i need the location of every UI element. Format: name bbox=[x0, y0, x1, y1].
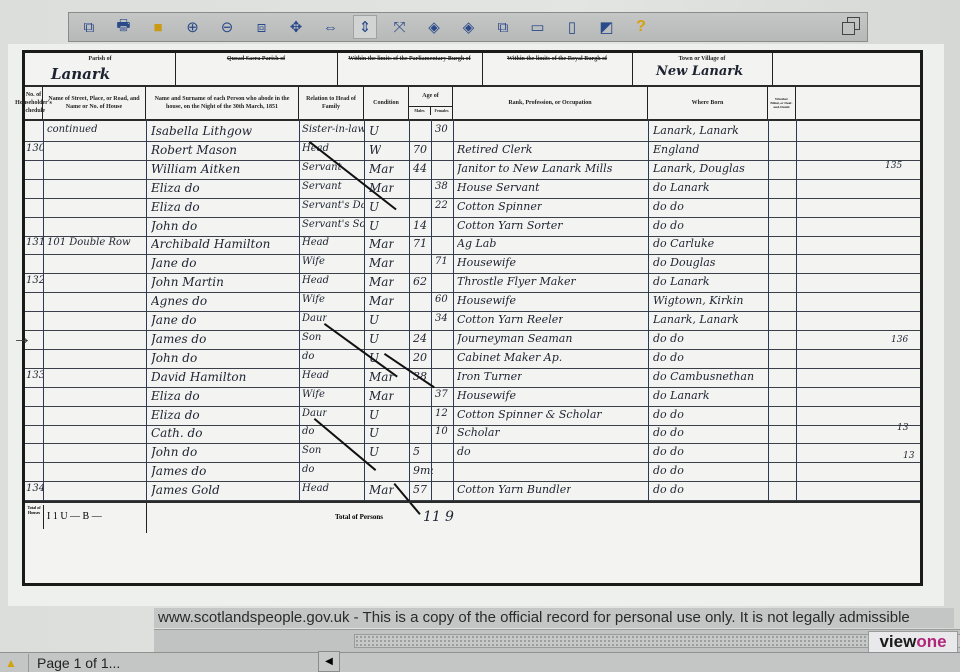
cell-name: James do bbox=[151, 464, 206, 478]
cell-name: James Gold bbox=[151, 483, 220, 497]
column-rule bbox=[768, 119, 769, 501]
cell-schedule: 134 bbox=[26, 483, 43, 494]
cell-born: do do bbox=[653, 332, 684, 345]
cell-relation: Son bbox=[302, 445, 321, 456]
cell-name: John do bbox=[151, 445, 197, 459]
col-age-label: Age of bbox=[422, 92, 439, 100]
col-females: Females bbox=[431, 107, 452, 115]
quoad-sacra-box: Quoad Sacra Parish of bbox=[175, 53, 338, 85]
cell-condition: U bbox=[369, 426, 379, 440]
quoad-sacra-label: Quoad Sacra Parish of bbox=[175, 56, 337, 62]
col-blind: Whether Blind, or Deaf-and-Dumb bbox=[768, 87, 796, 119]
cell-occupation: Cotton Yarn Reeler bbox=[457, 313, 563, 326]
col-street: Name of Street, Place, or Road, and Name… bbox=[43, 87, 146, 119]
royal-burgh-box: Within the limits of the Royal Burgh of bbox=[482, 53, 633, 85]
cell-name: Archibald Hamilton bbox=[151, 237, 270, 251]
cell-schedule: 133 bbox=[26, 370, 43, 381]
cell-male: 44 bbox=[413, 162, 427, 175]
viewer-toolbar: ⧉🖶■⊕⊖⧈✥⇔⇕⤧◈◈⧉▭▯◩? bbox=[68, 12, 868, 42]
zoom-in-icon[interactable]: ⊕ bbox=[181, 15, 205, 39]
cell-occupation: Ag Lab bbox=[457, 237, 496, 250]
cell-born: do Carluke bbox=[653, 237, 714, 250]
cell-occupation: Cotton Spinner bbox=[457, 200, 542, 213]
cell-born: Lanark, Lanark bbox=[653, 124, 739, 137]
cell-occupation: Iron Turner bbox=[457, 370, 522, 383]
census-row: Eliza doServant's DaurU22Cotton Spinnerd… bbox=[25, 199, 920, 218]
cell-relation: Head bbox=[302, 483, 329, 494]
totals-divider bbox=[25, 501, 920, 503]
cell-male: 14 bbox=[413, 219, 427, 232]
column-rule bbox=[43, 119, 44, 501]
cell-born: do do bbox=[653, 200, 684, 213]
cell-relation: Head bbox=[302, 275, 329, 286]
scroll-left-arrow-icon[interactable]: ◀ bbox=[318, 651, 340, 672]
column-rule bbox=[796, 119, 797, 501]
column-rule bbox=[299, 119, 300, 501]
census-row: 134James GoldHeadMar57Cotton Yarn Bundle… bbox=[25, 482, 920, 501]
census-row: 131101 Double RowArchibald HamiltonHeadM… bbox=[25, 236, 920, 255]
cell-condition: Mar bbox=[369, 294, 394, 308]
select-annotation-icon[interactable]: ■ bbox=[146, 15, 170, 39]
cell-female: 30 bbox=[435, 124, 448, 135]
cell-occupation: Cotton Yarn Bundler bbox=[457, 483, 571, 496]
cell-name: Isabella Lithgow bbox=[151, 124, 252, 138]
cell-name: Cath. do bbox=[151, 426, 202, 440]
cell-name: Jane do bbox=[151, 256, 197, 270]
rotate-right-icon[interactable]: ◈ bbox=[422, 15, 446, 39]
census-row: 132John MartinHeadMar62Throstle Flyer Ma… bbox=[25, 274, 920, 293]
cell-male: 57 bbox=[413, 483, 427, 496]
census-row: Eliza doServantMar38House Servantdo Lana… bbox=[25, 180, 920, 199]
cell-relation: do bbox=[302, 464, 314, 475]
census-row: 133David HamiltonHeadMar38Iron Turnerdo … bbox=[25, 369, 920, 388]
cell-female: 71 bbox=[435, 256, 448, 267]
cell-condition: U bbox=[369, 408, 379, 422]
town-label: Town or Village of bbox=[632, 56, 772, 62]
cell-occupation: Housewife bbox=[457, 294, 516, 307]
census-row: continuedIsabella LithgowSister-in-lawU3… bbox=[25, 123, 920, 142]
flip-icon[interactable]: ⧉ bbox=[491, 15, 515, 39]
cell-born: do do bbox=[653, 445, 684, 458]
fit-height-icon[interactable]: ⇕ bbox=[353, 15, 377, 39]
col-relation: Relation to Head of Family bbox=[299, 87, 364, 119]
census-row: John dodoU20Cabinet Maker Ap.do do bbox=[25, 350, 920, 369]
cell-condition: Mar bbox=[369, 389, 394, 403]
parish-box: Parish of Lanark bbox=[25, 53, 176, 85]
census-row: 130Robert MasonHeadW70Retired ClerkEngla… bbox=[25, 142, 920, 161]
cell-relation: do bbox=[302, 351, 314, 362]
cell-occupation: Scholar bbox=[457, 426, 500, 439]
page-indicator: Page 1 of 1... bbox=[28, 654, 327, 672]
cell-condition: Mar bbox=[369, 483, 394, 497]
cell-born: do do bbox=[653, 426, 684, 439]
logo-view: view bbox=[879, 632, 916, 651]
census-row: Cath. dodoU10Scholardo do bbox=[25, 425, 920, 444]
cell-occupation: Journeyman Seaman bbox=[457, 332, 572, 345]
fit-width-icon[interactable]: ⇔ bbox=[319, 15, 343, 39]
column-rule bbox=[431, 119, 432, 501]
census-row: Agnes doWifeMar60HousewifeWigtown, Kirki… bbox=[25, 293, 920, 312]
cell-male: 62 bbox=[413, 275, 427, 288]
cell-name: Eliza do bbox=[151, 408, 200, 422]
parliamentary-burgh-label: Within the limits of the Parliamentary B… bbox=[337, 56, 482, 62]
column-header-divider bbox=[25, 119, 920, 121]
cell-relation: Daur bbox=[302, 313, 327, 324]
col-condition: Condition bbox=[364, 87, 409, 119]
census-form: Parish of Lanark Quoad Sacra Parish of W… bbox=[22, 50, 923, 586]
copyright-watermark: www.scotlandspeople.gov.uk - This is a c… bbox=[154, 608, 954, 628]
margin-number: 135 bbox=[885, 161, 902, 171]
cell-occupation: Housewife bbox=[457, 389, 516, 402]
cell-born: do do bbox=[653, 408, 684, 421]
cell-name: Agnes do bbox=[151, 294, 207, 308]
col-age: Age of Males Females bbox=[409, 87, 453, 119]
cell-condition: U bbox=[369, 124, 379, 138]
cell-occupation: Cotton Spinner & Scholar bbox=[457, 408, 602, 421]
cell-born: England bbox=[653, 143, 699, 156]
cell-relation: Head bbox=[302, 370, 329, 381]
town-box: Town or Village of New Lanark bbox=[632, 53, 773, 85]
census-row: John doSonU5dodo do bbox=[25, 444, 920, 463]
cell-relation: Servant bbox=[302, 181, 342, 192]
cell-occupation: do bbox=[457, 445, 471, 458]
total-persons-label: Total of Persons bbox=[335, 513, 383, 521]
cell-female: 37 bbox=[435, 389, 448, 400]
col-schedule: No. of Householder's Schedule bbox=[25, 87, 43, 119]
page-portrait-icon[interactable]: ▯ bbox=[560, 15, 584, 39]
cell-condition: U bbox=[369, 219, 379, 233]
cell-schedule: 131 bbox=[26, 237, 43, 248]
margin-number: 13 bbox=[897, 423, 908, 433]
cell-occupation: House Servant bbox=[457, 181, 540, 194]
pan-icon[interactable]: ✥ bbox=[284, 15, 308, 39]
cell-born: do Lanark bbox=[653, 181, 710, 194]
cell-occupation: Cabinet Maker Ap. bbox=[457, 351, 562, 364]
viewone-logo: viewone bbox=[868, 631, 958, 653]
cell-schedule: 130 bbox=[26, 143, 43, 154]
cell-relation: do bbox=[302, 426, 314, 437]
margin-number: 13 bbox=[903, 451, 914, 461]
restore-window-icon[interactable] bbox=[842, 17, 860, 35]
cell-born: do Lanark bbox=[653, 275, 710, 288]
cell-born: do do bbox=[653, 219, 684, 232]
cell-name: David Hamilton bbox=[151, 370, 246, 384]
cell-born: Lanark, Lanark bbox=[653, 313, 739, 326]
zoom-out-icon[interactable]: ⊖ bbox=[215, 15, 239, 39]
margin-arrow-mark: → bbox=[12, 327, 32, 350]
cell-male: 5 bbox=[413, 445, 420, 458]
cell-condition: U bbox=[369, 445, 379, 459]
cell-male: 24 bbox=[413, 332, 427, 345]
census-row: John doServant's SonU14Cotton Yarn Sorte… bbox=[25, 218, 920, 237]
fit-page-icon[interactable]: ⤧ bbox=[388, 15, 412, 39]
totals-separator bbox=[146, 503, 147, 533]
cell-relation: Servant's Daur bbox=[302, 200, 364, 211]
cell-name: John do bbox=[151, 351, 197, 365]
invert-icon[interactable]: ◩ bbox=[595, 15, 619, 39]
cell-condition: Mar bbox=[369, 256, 394, 270]
cell-male: 9mo bbox=[413, 464, 433, 477]
cell-street: 101 Double Row bbox=[47, 237, 131, 248]
census-document-image: Parish of Lanark Quoad Sacra Parish of W… bbox=[8, 44, 944, 606]
cell-condition: U bbox=[369, 313, 379, 327]
cell-female: 60 bbox=[435, 294, 448, 305]
cell-street: continued bbox=[47, 124, 97, 135]
cell-name: Eliza do bbox=[151, 181, 200, 195]
col-males: Males bbox=[409, 107, 431, 115]
cell-born: Wigtown, Kirkin bbox=[653, 294, 743, 307]
parliamentary-burgh-box: Within the limits of the Parliamentary B… bbox=[337, 53, 483, 85]
column-rule bbox=[364, 119, 365, 501]
cell-relation: Wife bbox=[302, 294, 325, 305]
cell-condition: U bbox=[369, 200, 379, 214]
cell-born: do do bbox=[653, 351, 684, 364]
col-occupation: Rank, Profession, or Occupation bbox=[453, 87, 648, 119]
cell-born: do do bbox=[653, 483, 684, 496]
cell-condition: Mar bbox=[369, 162, 394, 176]
cell-name: Robert Mason bbox=[151, 143, 237, 157]
cell-born: Lanark, Douglas bbox=[653, 162, 745, 175]
col-name: Name and Surname of each Person who abod… bbox=[146, 87, 299, 119]
column-rule bbox=[409, 119, 410, 501]
cell-male: 70 bbox=[413, 143, 427, 156]
census-row: William AitkenServantMar44Janitor to New… bbox=[25, 161, 920, 180]
census-row: Jane doDaurU34Cotton Yarn ReelerLanark, … bbox=[25, 312, 920, 331]
print-icon[interactable]: 🖶 bbox=[112, 15, 136, 39]
column-rule bbox=[648, 119, 649, 501]
cell-female: 38 bbox=[435, 181, 448, 192]
cell-name: Eliza do bbox=[151, 200, 200, 214]
cell-born: do do bbox=[653, 464, 684, 477]
cell-name: John do bbox=[151, 219, 197, 233]
census-row: James doSonU24Journeyman Seamando do bbox=[25, 331, 920, 350]
cell-male: 20 bbox=[413, 351, 427, 364]
cell-occupation: Cotton Yarn Sorter bbox=[457, 219, 563, 232]
help-icon[interactable]: ? bbox=[629, 15, 653, 39]
cell-occupation: Throstle Flyer Maker bbox=[457, 275, 576, 288]
parish-label: Parish of bbox=[25, 56, 175, 62]
census-row: Eliza doDaurU12Cotton Spinner & Scholard… bbox=[25, 407, 920, 426]
cell-condition: U bbox=[369, 332, 379, 346]
cell-schedule: 132 bbox=[26, 275, 43, 286]
zoom-region-icon[interactable]: ⧈ bbox=[250, 15, 274, 39]
margin-number: 136 bbox=[891, 335, 908, 345]
column-rule bbox=[146, 119, 147, 501]
cell-name: James do bbox=[151, 332, 206, 346]
cell-female: 34 bbox=[435, 313, 448, 324]
cell-relation: Servant's Son bbox=[302, 219, 364, 230]
total-houses-label: Total of Houses bbox=[25, 505, 44, 529]
col-where-born: Where Born bbox=[648, 87, 768, 119]
cell-occupation: Retired Clerk bbox=[457, 143, 532, 156]
total-females: 9 bbox=[445, 509, 454, 525]
cell-condition: Mar bbox=[369, 275, 394, 289]
cell-name: John Martin bbox=[151, 275, 224, 289]
cell-name: Eliza do bbox=[151, 389, 200, 403]
cell-female: 10 bbox=[435, 426, 448, 437]
cell-relation: Sister-in-law bbox=[302, 124, 364, 135]
cell-relation: Son bbox=[302, 332, 321, 343]
warning-icon: ▲ bbox=[0, 656, 22, 672]
parish-value: Lanark bbox=[51, 65, 110, 83]
cell-occupation: Housewife bbox=[457, 256, 516, 269]
logo-one: one bbox=[916, 632, 946, 651]
cell-born: do Lanark bbox=[653, 389, 710, 402]
cell-relation: Wife bbox=[302, 256, 325, 267]
column-rule bbox=[453, 119, 454, 501]
cell-condition: Mar bbox=[369, 237, 394, 251]
cell-male: 71 bbox=[413, 237, 427, 250]
town-value: New Lanark bbox=[656, 64, 743, 79]
total-males: 11 bbox=[423, 509, 441, 525]
cell-condition: W bbox=[369, 143, 381, 157]
cell-female: 12 bbox=[435, 408, 448, 419]
total-houses-value: I 1 U — B — bbox=[47, 511, 102, 522]
page-landscape-icon[interactable]: ▭ bbox=[526, 15, 550, 39]
cell-female: 22 bbox=[435, 200, 448, 211]
cell-relation: Wife bbox=[302, 389, 325, 400]
cell-born: do Cambusnethan bbox=[653, 370, 754, 383]
cell-born: do Douglas bbox=[653, 256, 715, 269]
horizontal-scrollbar[interactable]: ▶ bbox=[154, 629, 960, 652]
census-row: Jane doWifeMar71Housewifedo Douglas bbox=[25, 255, 920, 274]
cell-occupation: Janitor to New Lanark Mills bbox=[457, 162, 612, 175]
royal-burgh-label: Within the limits of the Royal Burgh of bbox=[482, 56, 632, 62]
census-row: Eliza doWifeMar37Housewifedo Lanark bbox=[25, 388, 920, 407]
cell-relation: Head bbox=[302, 237, 329, 248]
cell-name: Jane do bbox=[151, 313, 197, 327]
rotate-left-icon[interactable]: ◈ bbox=[457, 15, 481, 39]
page-layout-icon[interactable]: ⧉ bbox=[77, 15, 101, 39]
cell-name: William Aitken bbox=[151, 162, 240, 176]
census-row: James dodo9modo do bbox=[25, 463, 920, 482]
